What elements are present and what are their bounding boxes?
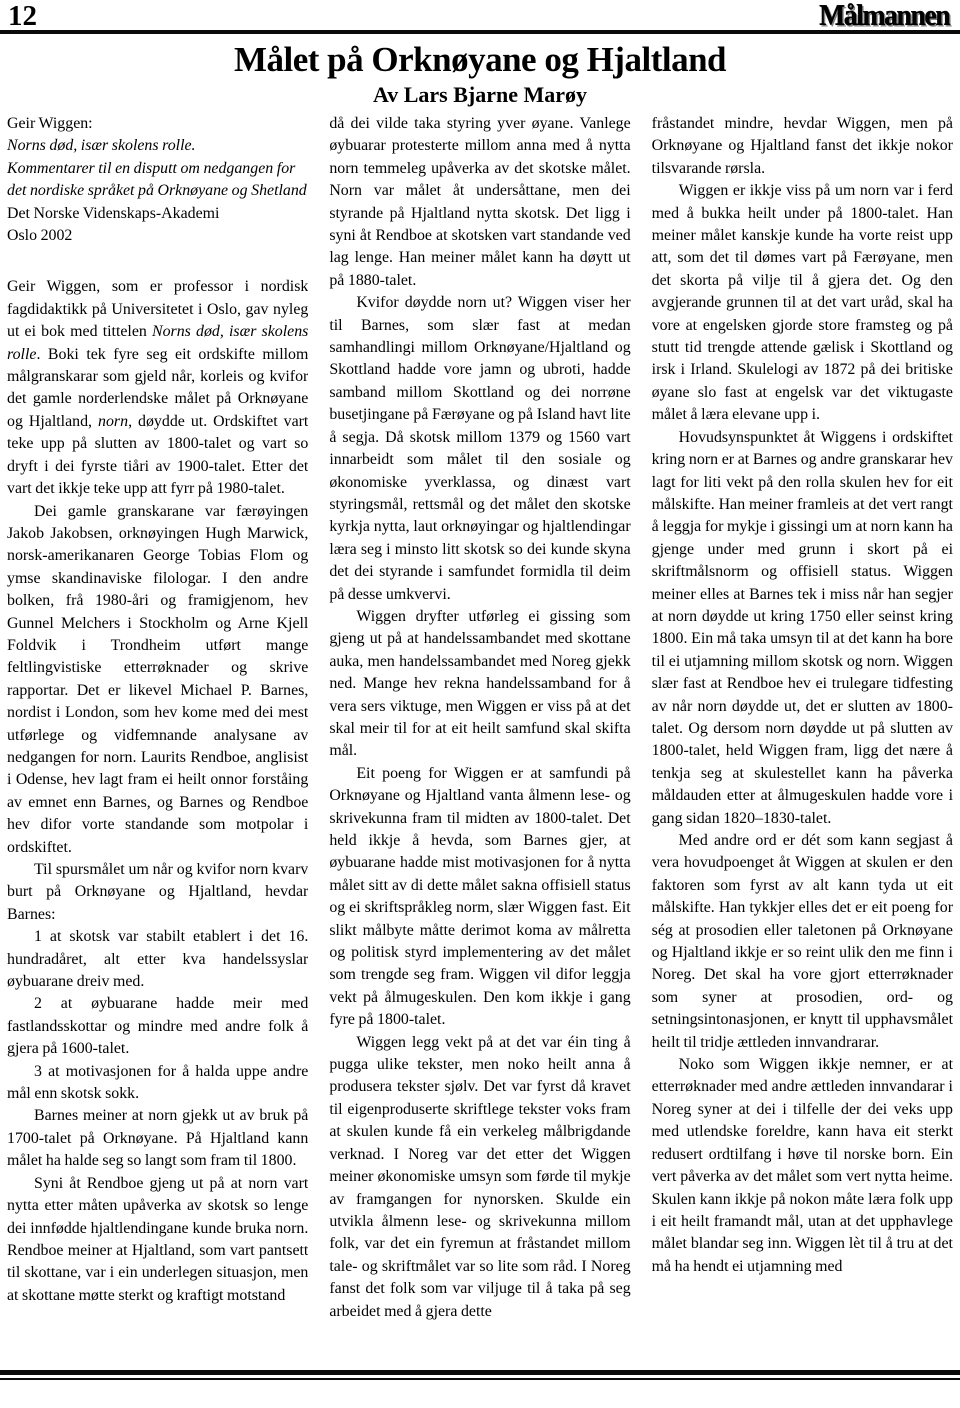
paragraph: fråstandet mindre, hevdar Wiggen, men på… [652, 113, 953, 180]
paragraph: Dei gamle granskarane var færøyingen Jak… [7, 501, 308, 860]
footer-rule-thin [0, 1378, 960, 1380]
text-run: Wiggen legg vekt på at det var éin ting … [329, 1034, 630, 1320]
page-number: 12 [8, 3, 37, 29]
text-run: Dei gamle granskarane var færøyingen Jak… [7, 503, 308, 856]
paragraph: Kommentarer til en disputt om nedgangen … [7, 158, 308, 203]
paragraph: Barnes meiner at norn gjekk ut av bruk p… [7, 1105, 308, 1172]
paragraph: Oslo 2002 [7, 225, 308, 247]
article-column-middle: då dei vilde taka styring yver øyane. Va… [329, 113, 630, 1370]
text-run-italic: norn [98, 413, 128, 430]
text-run-italic: Norns død, især skolens rolle. [7, 137, 196, 154]
paragraph: Eit poeng for Wiggen er at samfundi på O… [329, 763, 630, 1032]
paragraph: Noko som Wiggen ikkje nemner, er at ette… [652, 1054, 953, 1278]
text-run: Noko som Wiggen ikkje nemner, er at ette… [652, 1056, 953, 1275]
text-run: Geir Wiggen: [7, 115, 93, 132]
article-byline: Av Lars Bjarne Marøy [0, 82, 960, 107]
paragraph: Wiggen dryfter utførleg ei gissing som g… [329, 606, 630, 763]
text-run: Det Norske Videnskaps-Akademi [7, 205, 219, 222]
magazine-page: 12 Målmannen Målet på Orknøyane og Hjalt… [0, 0, 960, 1408]
text-run: Eit poeng for Wiggen er at samfundi på O… [329, 765, 630, 1028]
page-header: 12 Målmannen [0, 0, 960, 34]
paragraph: Norns død, især skolens rolle. [7, 135, 308, 157]
text-run: Barnes meiner at norn gjekk ut av bruk p… [7, 1107, 308, 1169]
paragraph: Wiggen er ikkje viss på um norn var i fe… [652, 180, 953, 426]
footer-rule-thick [0, 1370, 960, 1375]
text-run: Til spursmålet um når og kvifor norn kva… [7, 861, 308, 923]
paragraph: 3 at motivasjonen for å halda uppe andre… [7, 1061, 308, 1106]
paragraph: Geir Wiggen, som er professor i nordisk … [7, 276, 308, 500]
paragraph: Det Norske Videnskaps-Akademi [7, 203, 308, 225]
text-run: Hovudsynspunktet åt Wiggens i ordskiftet… [652, 429, 953, 827]
text-run: Oslo 2002 [7, 227, 72, 244]
text-run: 1 at skotsk var stabilt etablert i det 1… [7, 928, 308, 990]
text-run: 3 at motivasjonen for å halda uppe andre… [7, 1063, 308, 1102]
article-column-left: Geir Wiggen:Norns død, især skolens roll… [7, 113, 308, 1370]
text-run: Kvifor døydde norn ut? Wiggen viser her … [329, 294, 630, 602]
text-run: fråstandet mindre, hevdar Wiggen, men på… [652, 115, 953, 177]
footer-divider [0, 1370, 960, 1380]
paragraph: då dei vilde taka styring yver øyane. Va… [329, 113, 630, 292]
text-run: då dei vilde taka styring yver øyane. Va… [329, 115, 630, 289]
article-column-right: fråstandet mindre, hevdar Wiggen, men på… [652, 113, 953, 1370]
article-title: Målet på Orknøyane og Hjaltland [0, 41, 960, 79]
text-run: Syni åt Rendboe gjeng ut på at norn vart… [7, 1175, 308, 1304]
paragraph: Hovudsynspunktet åt Wiggens i ordskiftet… [652, 427, 953, 830]
paragraph: 1 at skotsk var stabilt etablert i det 1… [7, 926, 308, 993]
paragraph: Geir Wiggen: [7, 113, 308, 135]
text-run: Med andre ord er dét som kann segjast å … [652, 832, 953, 1051]
text-run: Wiggen dryfter utførleg ei gissing som g… [329, 608, 630, 759]
text-run: Wiggen er ikkje viss på um norn var i fe… [652, 182, 953, 423]
masthead-logo: Målmannen [820, 3, 950, 29]
paragraph: Til spursmålet um når og kvifor norn kva… [7, 859, 308, 926]
paragraph: Wiggen legg vekt på at det var éin ting … [329, 1032, 630, 1323]
paragraph: Kvifor døydde norn ut? Wiggen viser her … [329, 292, 630, 606]
paragraph: Syni åt Rendboe gjeng ut på at norn vart… [7, 1173, 308, 1307]
text-run-italic: Kommentarer til en disputt om nedgangen … [7, 160, 307, 199]
paragraph: 2 at øybuarane hadde meir med fastlandss… [7, 993, 308, 1060]
text-run: 2 at øybuarane hadde meir med fastlandss… [7, 995, 308, 1057]
paragraph: Med andre ord er dét som kann segjast å … [652, 830, 953, 1054]
article-body: Geir Wiggen:Norns død, især skolens roll… [7, 113, 953, 1370]
paragraph-spacer [7, 247, 308, 276]
